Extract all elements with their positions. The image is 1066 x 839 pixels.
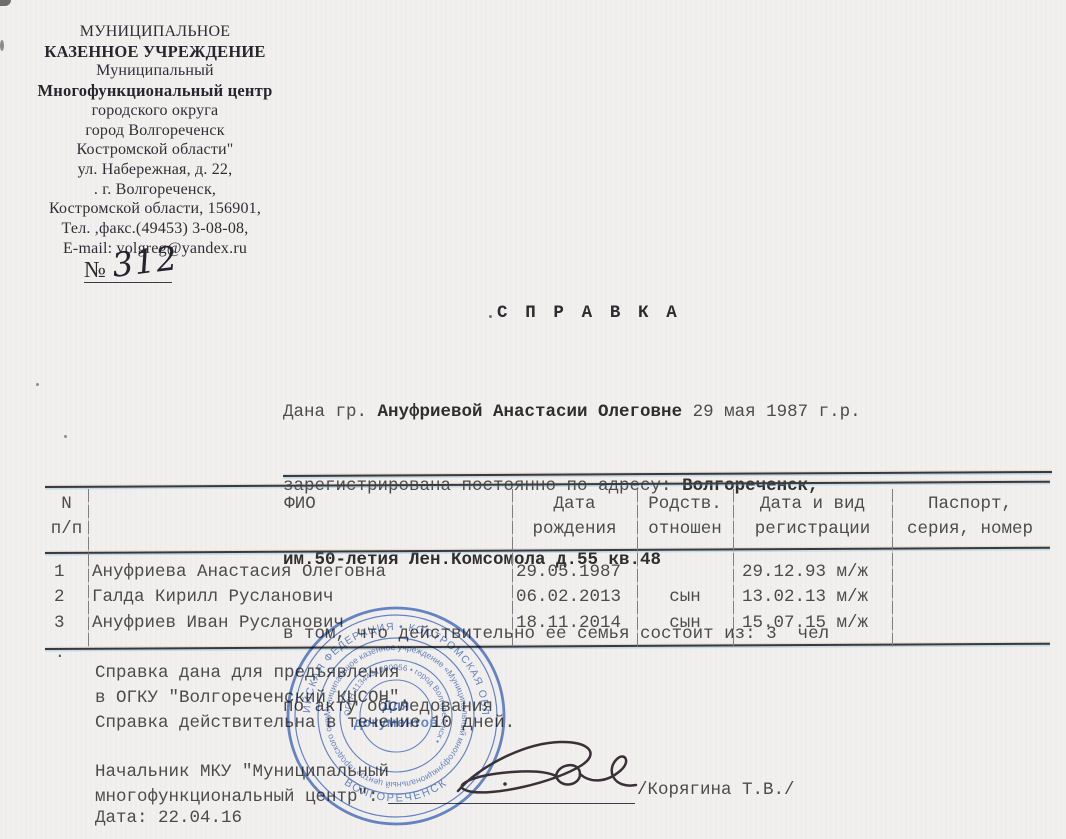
cell-passport (892, 560, 1048, 585)
col-header-dob: Дата рождения (512, 492, 637, 542)
stamp-center-text-2: документов (354, 715, 439, 730)
col-header-registration: Дата и вид регистрации (733, 492, 892, 542)
letterhead-line: . г. Волгореченск, (5, 180, 305, 200)
col-header-passport: Паспорт, серия, номер (892, 492, 1048, 542)
cell-num: 3 (45, 611, 88, 636)
letterhead-line: МУНИЦИПАЛЬНОЕ (5, 22, 305, 42)
document-number: №312 (84, 256, 172, 283)
table-row: 3 Ануфриев Иван Русланович 18.11.2014 сы… (45, 611, 1048, 636)
cell-num: 1 (45, 560, 88, 585)
table-header-row: N п/п ФИО Дата рождения Родств. отношен … (45, 492, 1048, 542)
handwritten-number: 312 (110, 238, 180, 285)
body-line: Дана гр. Ануфриевой Анастасии Олеговне 2… (283, 400, 861, 425)
table-row: 1 Ануфриева Анастасия Олеговна 29.05.198… (45, 560, 1048, 585)
cell-num: 2 (45, 585, 88, 610)
col-header-fio: ФИО (88, 492, 512, 542)
stray-mark: . (55, 644, 65, 662)
scan-speck (0, 0, 11, 6)
cell-registration: 15.07.15 м/ж (733, 611, 892, 636)
cell-relation: сын (637, 611, 733, 636)
scan-speck (0, 40, 4, 51)
letterhead-line: Многофункциональный центр (5, 81, 305, 101)
scan-speck (36, 383, 39, 386)
cell-dob: 06.02.2013 (512, 585, 637, 610)
letterhead-line: город Волгореченск (5, 121, 305, 141)
col-header-num: N п/п (45, 492, 88, 542)
birth-date-text: 29 мая 1987 г.р. (682, 402, 861, 422)
cell-dob: 18.11.2014 (512, 611, 637, 636)
date-line: Дата: 22.04.16 (95, 808, 242, 828)
cell-passport (892, 585, 1048, 610)
letterhead-line: Тел. ,факс.(49453) 3-08-08, (5, 219, 305, 239)
cell-passport (892, 611, 1048, 636)
letterhead: МУНИЦИПАЛЬНОЕ КАЗЕННОЕ УЧРЕЖДЕНИЕ Муници… (5, 22, 305, 258)
letterhead-line: Костромской области" (5, 140, 305, 160)
cell-registration: 29.12.93 м/ж (733, 560, 892, 585)
col-header-relation: Родств. отношен (637, 492, 733, 542)
cell-relation: сын (637, 585, 733, 610)
number-sign: № (84, 257, 110, 283)
document-page: МУНИЦИПАЛЬНОЕ КАЗЕННОЕ УЧРЕЖДЕНИЕ Муници… (0, 0, 1066, 839)
person-name: Ануфриевой Анастасии Олеговне (378, 402, 683, 422)
stamp-center-text-1: Для (382, 698, 410, 713)
body-text-run: Дана гр. (283, 402, 378, 422)
cell-fio: Ануфриева Анастасия Олеговна (88, 560, 512, 585)
letterhead-line: Муниципальный (5, 61, 305, 81)
handwritten-signature (428, 733, 678, 818)
table-row: 2 Галда Кирилл Русланович 06.02.2013 сын… (45, 585, 1048, 610)
cell-relation (637, 560, 733, 585)
scan-speck (489, 315, 492, 318)
letterhead-line: КАЗЕННОЕ УЧРЕЖДЕНИЕ (5, 42, 305, 62)
letterhead-line: Костромской области, 156901, (5, 199, 305, 219)
signature-dot (503, 782, 507, 786)
cell-dob: 29.05.1987 (512, 560, 637, 585)
cell-registration: 13.02.13 м/ж (733, 585, 892, 610)
document-title: С П Р А В К А (497, 303, 680, 323)
number-underline: 312 (110, 256, 172, 283)
letterhead-line: городского округа (5, 101, 305, 121)
letterhead-line: ул. Набережная, д. 22, (5, 160, 305, 180)
scan-speck (64, 435, 67, 438)
